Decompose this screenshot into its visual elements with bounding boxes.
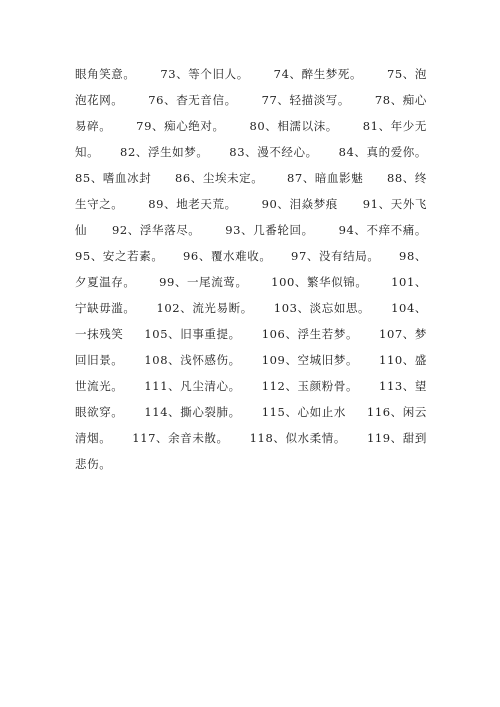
- text-segment: 73、等个旧人。: [160, 63, 248, 89]
- text-segment: 118、似水柔情。: [250, 427, 346, 453]
- text-segment: 96、覆水难收。: [183, 245, 271, 271]
- text-segment: 119、甜到: [367, 427, 427, 453]
- text-segment: 112、玉颜粉骨。: [262, 375, 358, 401]
- text-segment: 81、年少无: [363, 115, 427, 141]
- text-segment: 清烟。: [75, 427, 111, 453]
- text-segment: 91、天外飞: [363, 193, 427, 219]
- text-segment: 92、浮华落尽。: [112, 219, 200, 245]
- text-segment: 102、流光易断。: [156, 297, 252, 323]
- text-segment: 109、空城旧梦。: [262, 349, 358, 375]
- text-segment: 74、醉生梦死。: [274, 63, 362, 89]
- text-segment: 生守之。: [75, 193, 123, 219]
- text-line: 易碎。 79、痴心绝对。 80、相濡以沫。 81、年少无: [75, 115, 427, 141]
- text-segment: 夕夏温存。: [75, 271, 136, 297]
- text-segment: 85、嗜血冰封: [75, 167, 151, 193]
- text-line: 悲伤。: [75, 453, 427, 479]
- text-segment: 95、安之若素。: [75, 245, 163, 271]
- text-segment: 94、不痒不痛。: [339, 219, 427, 245]
- text-segment: 117、余音未散。: [132, 427, 228, 453]
- text-segment: 110、盛: [379, 349, 427, 375]
- text-segment: 回旧景。: [75, 349, 123, 375]
- text-segment: 105、旧事重提。: [144, 323, 240, 349]
- text-segment: 76、杳无音信。: [148, 89, 236, 115]
- text-segment: 宁缺毋滥。: [75, 297, 136, 323]
- text-body: 眼角笑意。 73、等个旧人。 74、醉生梦死。 75、泡 泡花网。 76、杳无音…: [75, 63, 427, 479]
- text-segment: 86、尘埃未定。: [175, 167, 263, 193]
- text-line: 眼欲穿。 114、撕心裂肺。 115、心如止水 116、闲云: [75, 401, 427, 427]
- text-line: 知。 82、浮生如梦。 83、漫不经心。 84、真的爱你。: [75, 141, 427, 167]
- text-segment: 世流光。: [75, 375, 123, 401]
- text-segment: 82、浮生如梦。: [120, 141, 208, 167]
- text-segment: 泡花网。: [75, 89, 123, 115]
- text-line: 世流光。 111、凡尘清心。 112、玉颜粉骨。 113、望: [75, 375, 427, 401]
- text-segment: 100、繁华似锦。: [271, 271, 367, 297]
- document-page: 眼角笑意。 73、等个旧人。 74、醉生梦死。 75、泡 泡花网。 76、杳无音…: [0, 0, 500, 707]
- text-segment: 107、梦: [379, 323, 427, 349]
- text-line: 85、嗜血冰封 86、尘埃未定。 87、暗血影魅 88、终: [75, 167, 427, 193]
- text-line: 一抹残笑 105、旧事重提。 106、浮生若梦。 107、梦: [75, 323, 427, 349]
- text-line: 眼角笑意。 73、等个旧人。 74、醉生梦死。 75、泡: [75, 63, 427, 89]
- text-segment: 93、几番轮回。: [225, 219, 313, 245]
- text-segment: 83、漫不经心。: [229, 141, 317, 167]
- text-segment: 87、暗血影魅: [287, 167, 363, 193]
- text-segment: 80、相濡以沫。: [249, 115, 337, 141]
- text-segment: 77、轻描淡写。: [262, 89, 350, 115]
- text-segment: 84、真的爱你。: [339, 141, 427, 167]
- text-segment: 89、地老天荒。: [148, 193, 236, 219]
- text-segment: 悲伤。: [75, 453, 111, 479]
- text-segment: 98、: [399, 245, 427, 271]
- text-segment: 90、泪焱梦痕: [262, 193, 338, 219]
- text-segment: 眼角笑意。: [75, 63, 136, 89]
- text-segment: 眼欲穿。: [75, 401, 123, 427]
- text-segment: 104、: [391, 297, 427, 323]
- text-segment: 106、浮生若梦。: [262, 323, 358, 349]
- text-segment: 101、: [391, 271, 427, 297]
- text-line: 仙 92、浮华落尽。 93、几番轮回。 94、不痒不痛。: [75, 219, 427, 245]
- text-segment: 111、凡尘清心。: [144, 375, 240, 401]
- text-segment: 99、一尾流莺。: [159, 271, 247, 297]
- text-line: 回旧景。 108、浅怀感伤。 109、空城旧梦。 110、盛: [75, 349, 427, 375]
- text-segment: 115、心如止水: [262, 401, 346, 427]
- text-line: 泡花网。 76、杳无音信。 77、轻描淡写。 78、痴心: [75, 89, 427, 115]
- text-segment: 一抹残笑: [75, 323, 123, 349]
- text-segment: 88、终: [387, 167, 427, 193]
- text-segment: 97、没有结局。: [291, 245, 379, 271]
- text-segment: 108、浅怀感伤。: [144, 349, 240, 375]
- text-line: 生守之。 89、地老天荒。 90、泪焱梦痕 91、天外飞: [75, 193, 427, 219]
- text-line: 宁缺毋滥。 102、流光易断。 103、淡忘如思。 104、: [75, 297, 427, 323]
- text-segment: 103、淡忘如思。: [274, 297, 370, 323]
- text-segment: 知。: [75, 141, 99, 167]
- text-segment: 114、撕心裂肺。: [144, 401, 240, 427]
- text-segment: 78、痴心: [375, 89, 427, 115]
- text-segment: 易碎。: [75, 115, 111, 141]
- text-segment: 116、闲云: [367, 401, 427, 427]
- text-segment: 仙: [75, 219, 87, 245]
- text-line: 95、安之若素。 96、覆水难收。 97、没有结局。 98、: [75, 245, 427, 271]
- text-line: 清烟。 117、余音未散。 118、似水柔情。 119、甜到: [75, 427, 427, 453]
- text-line: 夕夏温存。 99、一尾流莺。 100、繁华似锦。 101、: [75, 271, 427, 297]
- text-segment: 113、望: [379, 375, 427, 401]
- text-segment: 75、泡: [387, 63, 427, 89]
- text-segment: 79、痴心绝对。: [136, 115, 224, 141]
